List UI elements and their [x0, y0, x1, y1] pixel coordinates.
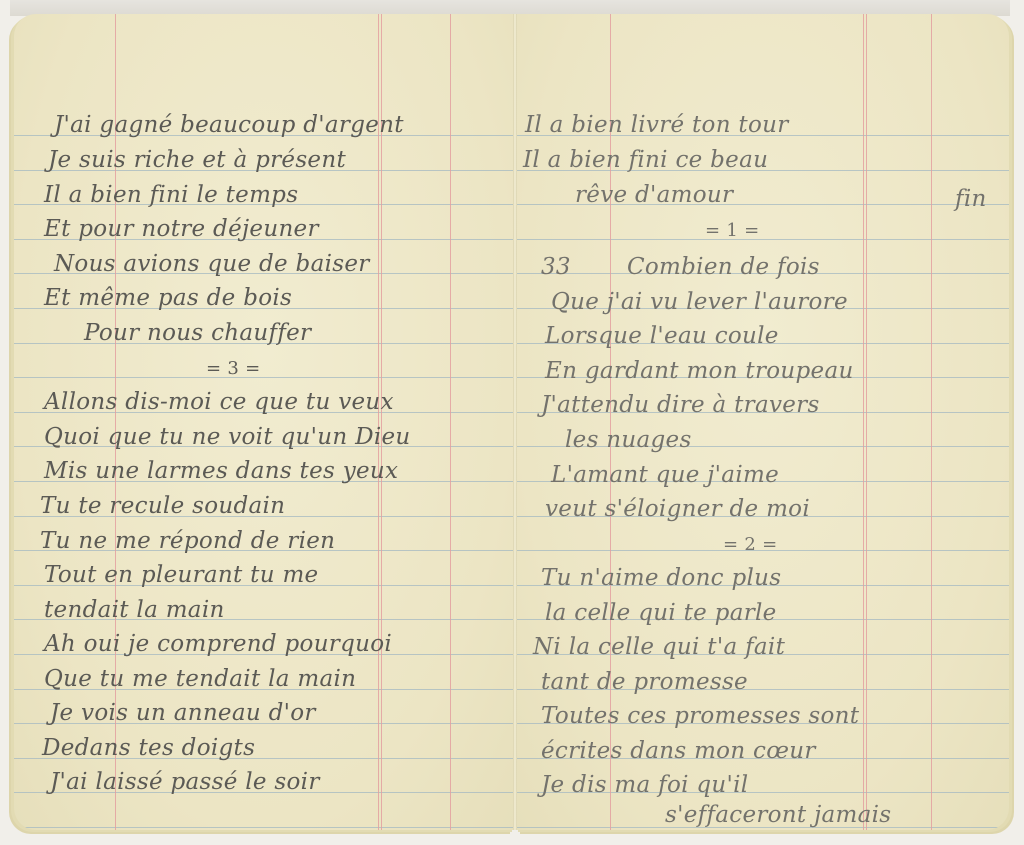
handwritten-line: Dedans tes doigts — [42, 735, 255, 761]
handwritten-line: Allons dis-moi ce que tu veux — [44, 389, 394, 415]
handwritten-line: Il a bien fini le temps — [44, 182, 298, 208]
handwritten-line: Il a bien livré ton tour — [525, 112, 789, 138]
handwritten-line: J'attendu dire à travers — [541, 392, 820, 418]
handwritten-line: veut s'éloigner de moi — [545, 496, 810, 522]
handwritten-line: tendait la main — [44, 597, 225, 623]
handwritten-line: tant de promesse — [541, 669, 748, 695]
handwritten-line: J'ai gagné beaucoup d'argent — [54, 112, 404, 138]
handwritten-line: la celle qui te parle — [545, 600, 777, 626]
handwritten-line: Je suis riche et à présent — [48, 147, 346, 173]
ruled-line — [14, 377, 515, 378]
column-line — [866, 14, 867, 830]
handwritten-line: rêve d'amour — [575, 182, 733, 208]
handwritten-line: Et pour notre déjeuner — [44, 216, 319, 242]
notebook-spine — [513, 14, 517, 830]
handwritten-line: Mis une larmes dans tes yeux — [44, 458, 398, 484]
ruled-line — [14, 827, 515, 828]
handwritten-line: Il a bien fini ce beau — [523, 147, 768, 173]
handwritten-line: Je dis ma foi qu'il — [541, 772, 748, 798]
left-page: J'ai gagné beaucoup d'argent Je suis ric… — [14, 14, 515, 830]
right-page: Il a bien livré ton tour Il a bien fini … — [515, 14, 1009, 830]
handwritten-line: Tu te recule soudain — [40, 493, 285, 519]
handwritten-line: L'amant que j'aime — [551, 462, 779, 488]
handwritten-line: Que j'ai vu lever l'aurore — [551, 289, 848, 315]
stanza-number: = 2 = — [723, 534, 778, 555]
column-line — [863, 14, 864, 830]
handwritten-line: s'effaceront jamais — [665, 802, 891, 828]
section-number: 33 — [541, 254, 571, 280]
margin-note: fin — [955, 186, 987, 212]
handwritten-line: Et même pas de bois — [44, 285, 292, 311]
ruled-line — [515, 239, 1009, 240]
handwritten-line: Combien de fois — [627, 254, 820, 280]
stanza-number: = 1 = — [705, 220, 760, 241]
handwritten-line: Je vois un anneau d'or — [50, 700, 316, 726]
column-line — [931, 14, 932, 830]
handwritten-line: J'ai laissé passé le soir — [50, 769, 320, 795]
handwritten-line: Quoi que tu ne voit qu'un Dieu — [44, 424, 411, 450]
column-line — [450, 14, 451, 830]
handwritten-line: Que tu me tendait la main — [44, 666, 356, 692]
handwritten-line: Tu ne me répond de rien — [40, 528, 335, 554]
handwritten-line: les nuages — [565, 427, 692, 453]
handwritten-line: Ah oui je comprend pourquoi — [44, 631, 392, 657]
handwritten-line: Tout en pleurant tu me — [44, 562, 318, 588]
stanza-number: = 3 = — [206, 358, 261, 379]
handwritten-line: Nous avions que de baiser — [54, 251, 370, 277]
handwritten-line: Ni la celle qui t'a fait — [533, 634, 785, 660]
handwritten-line: écrites dans mon cœur — [541, 738, 816, 764]
handwritten-line: Lorsque l'eau coule — [545, 323, 779, 349]
handwritten-line: En gardant mon troupeau — [545, 358, 854, 384]
handwritten-line: Toutes ces promesses sont — [541, 703, 859, 729]
handwritten-line: Tu n'aime donc plus — [541, 565, 781, 591]
handwritten-line: Pour nous chauffer — [84, 320, 311, 346]
